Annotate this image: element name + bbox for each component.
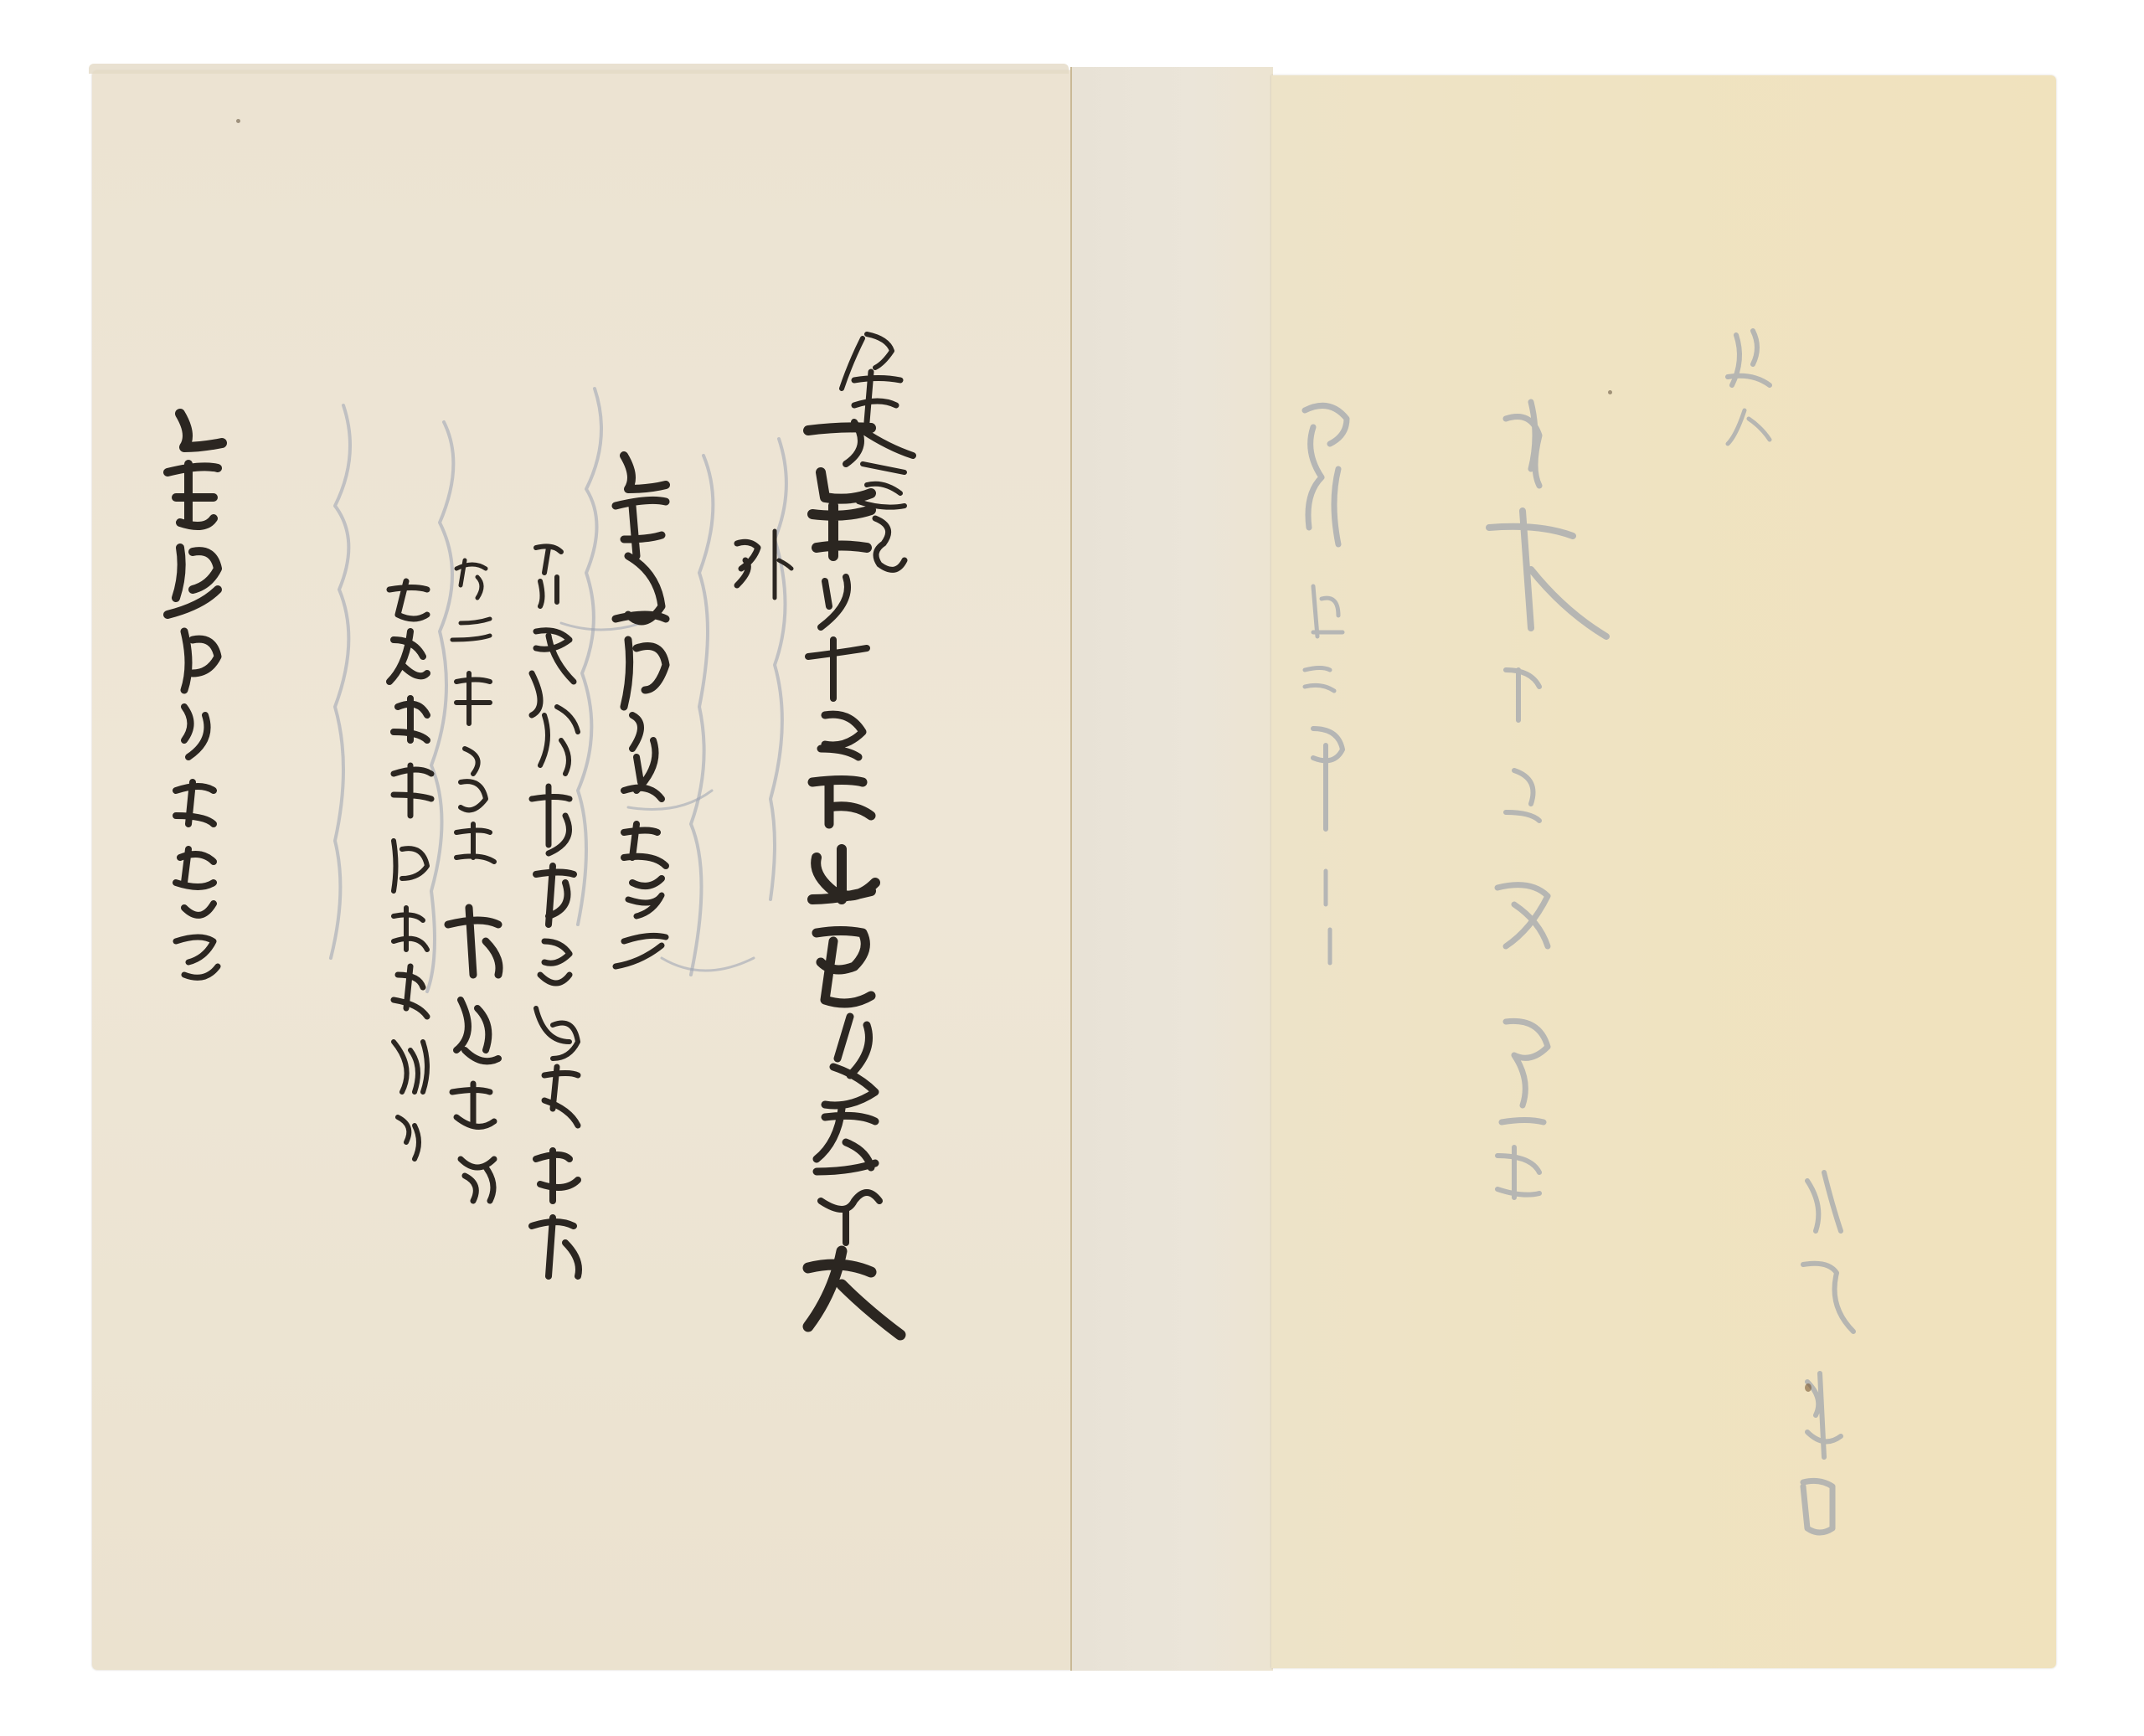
paper-speck: [1608, 390, 1612, 394]
left-page: 御積入用高 一 金四千六百□拾八両□□文: [92, 70, 1072, 1670]
paper-speck: [236, 119, 240, 123]
text-column-note-1: 是ハ土地御用掛松六百□拾□枚: [519, 539, 611, 1380]
text-column-main-entry: 一 金四千六百□拾八両□□文: [800, 414, 951, 1422]
ghost-column-3: □□□: [1280, 394, 1380, 1067]
ghost-column-4: □□: [1782, 1164, 1883, 1603]
text-column-entry-1: 金□両□□五匁□: [607, 439, 708, 1028]
text-column-marker: 外: [720, 523, 804, 626]
right-page: □□ □□□□□□□□ □□□: [1271, 75, 2056, 1668]
text-column-note-3: 右□年但□年代金五□□: [377, 573, 469, 1330]
text-column-entry-2: 金四百□□□: [159, 405, 260, 1045]
center-fold-strip: [1070, 67, 1273, 1671]
ghost-column-1: □□: [1711, 318, 1795, 489]
paper-speck: [1805, 1383, 1812, 1392]
manuscript-spread: 御積入用高 一 金四千六百□拾八両□□文: [0, 0, 2144, 1736]
ghost-column-2: □□□□□□□□: [1481, 385, 1648, 1477]
